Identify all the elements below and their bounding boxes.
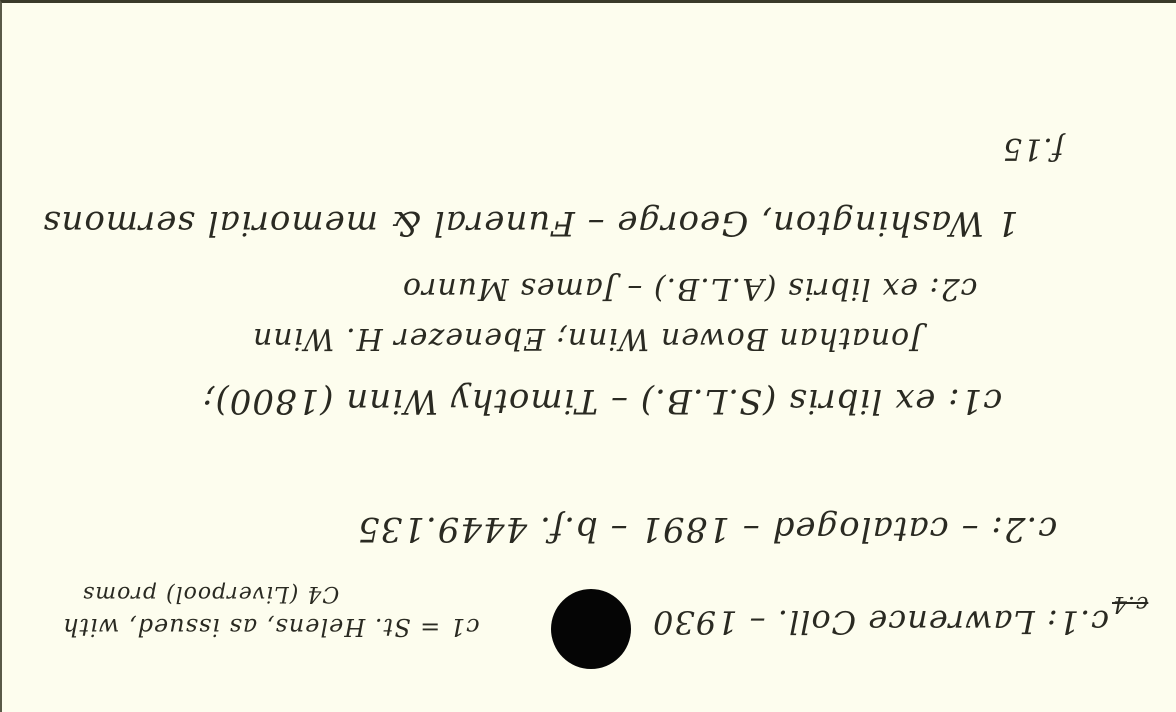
- card-punch-hole: [551, 589, 631, 669]
- subject-heading: 1 Washington, George – Funeral & memoria…: [42, 203, 1019, 243]
- copy1-collection-note: c.1: Lawrence Coll. – 1930: [652, 603, 1109, 641]
- annotation-line-2: C4 (Liverpool) proms: [82, 581, 339, 606]
- folio-note: f.15: [1002, 131, 1064, 166]
- copy4-struck-label: c.4: [1112, 591, 1148, 616]
- copy2-provenance: c2: ex libris (A.L.B.) – James Munro: [402, 271, 978, 306]
- annotation-line-1: c1 = St. Helens, as issued, with: [62, 613, 480, 641]
- copy1-provenance: c1: ex libris (S.L.B.) – Timothy Winn (1…: [202, 381, 1002, 421]
- copy1-provenance-continued: Jonathan Bowen Winn; Ebenezer H. Winn: [252, 321, 922, 356]
- catalog-card: f.15 1 Washington, George – Funeral & me…: [0, 0, 1176, 712]
- copy2-catalog-note: c.2: – cataloged – 1891 – b.f. 4449.135: [357, 509, 1057, 549]
